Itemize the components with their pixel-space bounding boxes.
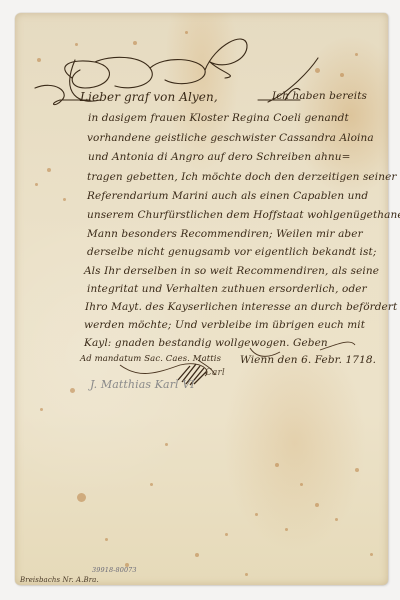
foxing-stain	[37, 58, 41, 62]
foxing-stain	[165, 443, 168, 446]
foxing-stain	[63, 198, 66, 201]
foxing-stain	[355, 468, 359, 472]
foxing-stain	[335, 518, 338, 521]
foxing-stain	[195, 553, 199, 557]
foxing-stain	[105, 538, 108, 541]
foxing-stain	[255, 513, 258, 516]
foxing-stain	[355, 53, 358, 56]
signature: Carl	[205, 368, 225, 378]
foxing-stain	[275, 463, 279, 467]
letter-line: tragen gebetten, Ich möchte doch den der…	[87, 171, 397, 183]
letter-line: in dasigem frauen Kloster Regina Coeli g…	[88, 112, 349, 124]
letter-line: Referendarium Marini auch als einen Capa…	[87, 190, 368, 202]
foxing-stain	[285, 528, 288, 531]
foxing-stain	[315, 68, 320, 73]
letter-line: derselbe nicht genugsamb vor eigentlich …	[87, 246, 376, 258]
archive-note: Breisbachs Nr. A.Bra.	[20, 576, 99, 584]
letter-line: integritat und Verhalten zuthuen ersorde…	[87, 283, 367, 295]
foxing-stain	[77, 493, 86, 502]
letter-line: Ich haben bereits	[272, 90, 367, 102]
foxing-stain	[150, 483, 153, 486]
letter-line: Mann besonders Recommendiren; Weilen mir…	[87, 228, 363, 240]
foxing-stain	[300, 483, 303, 486]
letter-line: Ihro Mayt. des Kayserlichen interesse an…	[85, 301, 397, 313]
foxing-stain	[245, 573, 248, 576]
foxing-stain	[370, 553, 373, 556]
letter-line: Kayl: gnaden bestandig wollgewogen. Gebe…	[84, 337, 328, 349]
letter-line: und Antonia di Angro auf dero Schreiben …	[88, 151, 351, 163]
foxing-stain	[70, 388, 75, 393]
foxing-stain	[133, 41, 137, 45]
foxing-stain	[185, 31, 188, 34]
date-line: Wienn den 6. Febr. 1718.	[240, 354, 376, 366]
salutation: Lieber graf von Alyen,	[80, 90, 218, 104]
pencil-annotation: J. Matthias Karl VI	[90, 378, 195, 391]
foxing-stain	[315, 503, 319, 507]
letter-line: Als Ihr derselben in so weit Recommendir…	[84, 265, 379, 277]
foxing-stain	[225, 533, 228, 536]
foxing-stain	[47, 168, 51, 172]
foxing-stain	[340, 73, 344, 77]
countersignature: Ad mandatum Sac. Caes. Mattis	[80, 354, 221, 364]
foxing-stain	[35, 183, 38, 186]
letter-line: werden möchte; Und verbleibe im übrigen …	[84, 319, 365, 331]
archive-number: 39918-80073	[92, 566, 137, 574]
letter-line: vorhandene geistliche geschwister Cassan…	[87, 132, 374, 144]
foxing-stain	[75, 43, 78, 46]
foxing-stain	[40, 408, 43, 411]
letter-line: unserem Churfürstlichen dem Hoffstaat wo…	[87, 209, 400, 221]
